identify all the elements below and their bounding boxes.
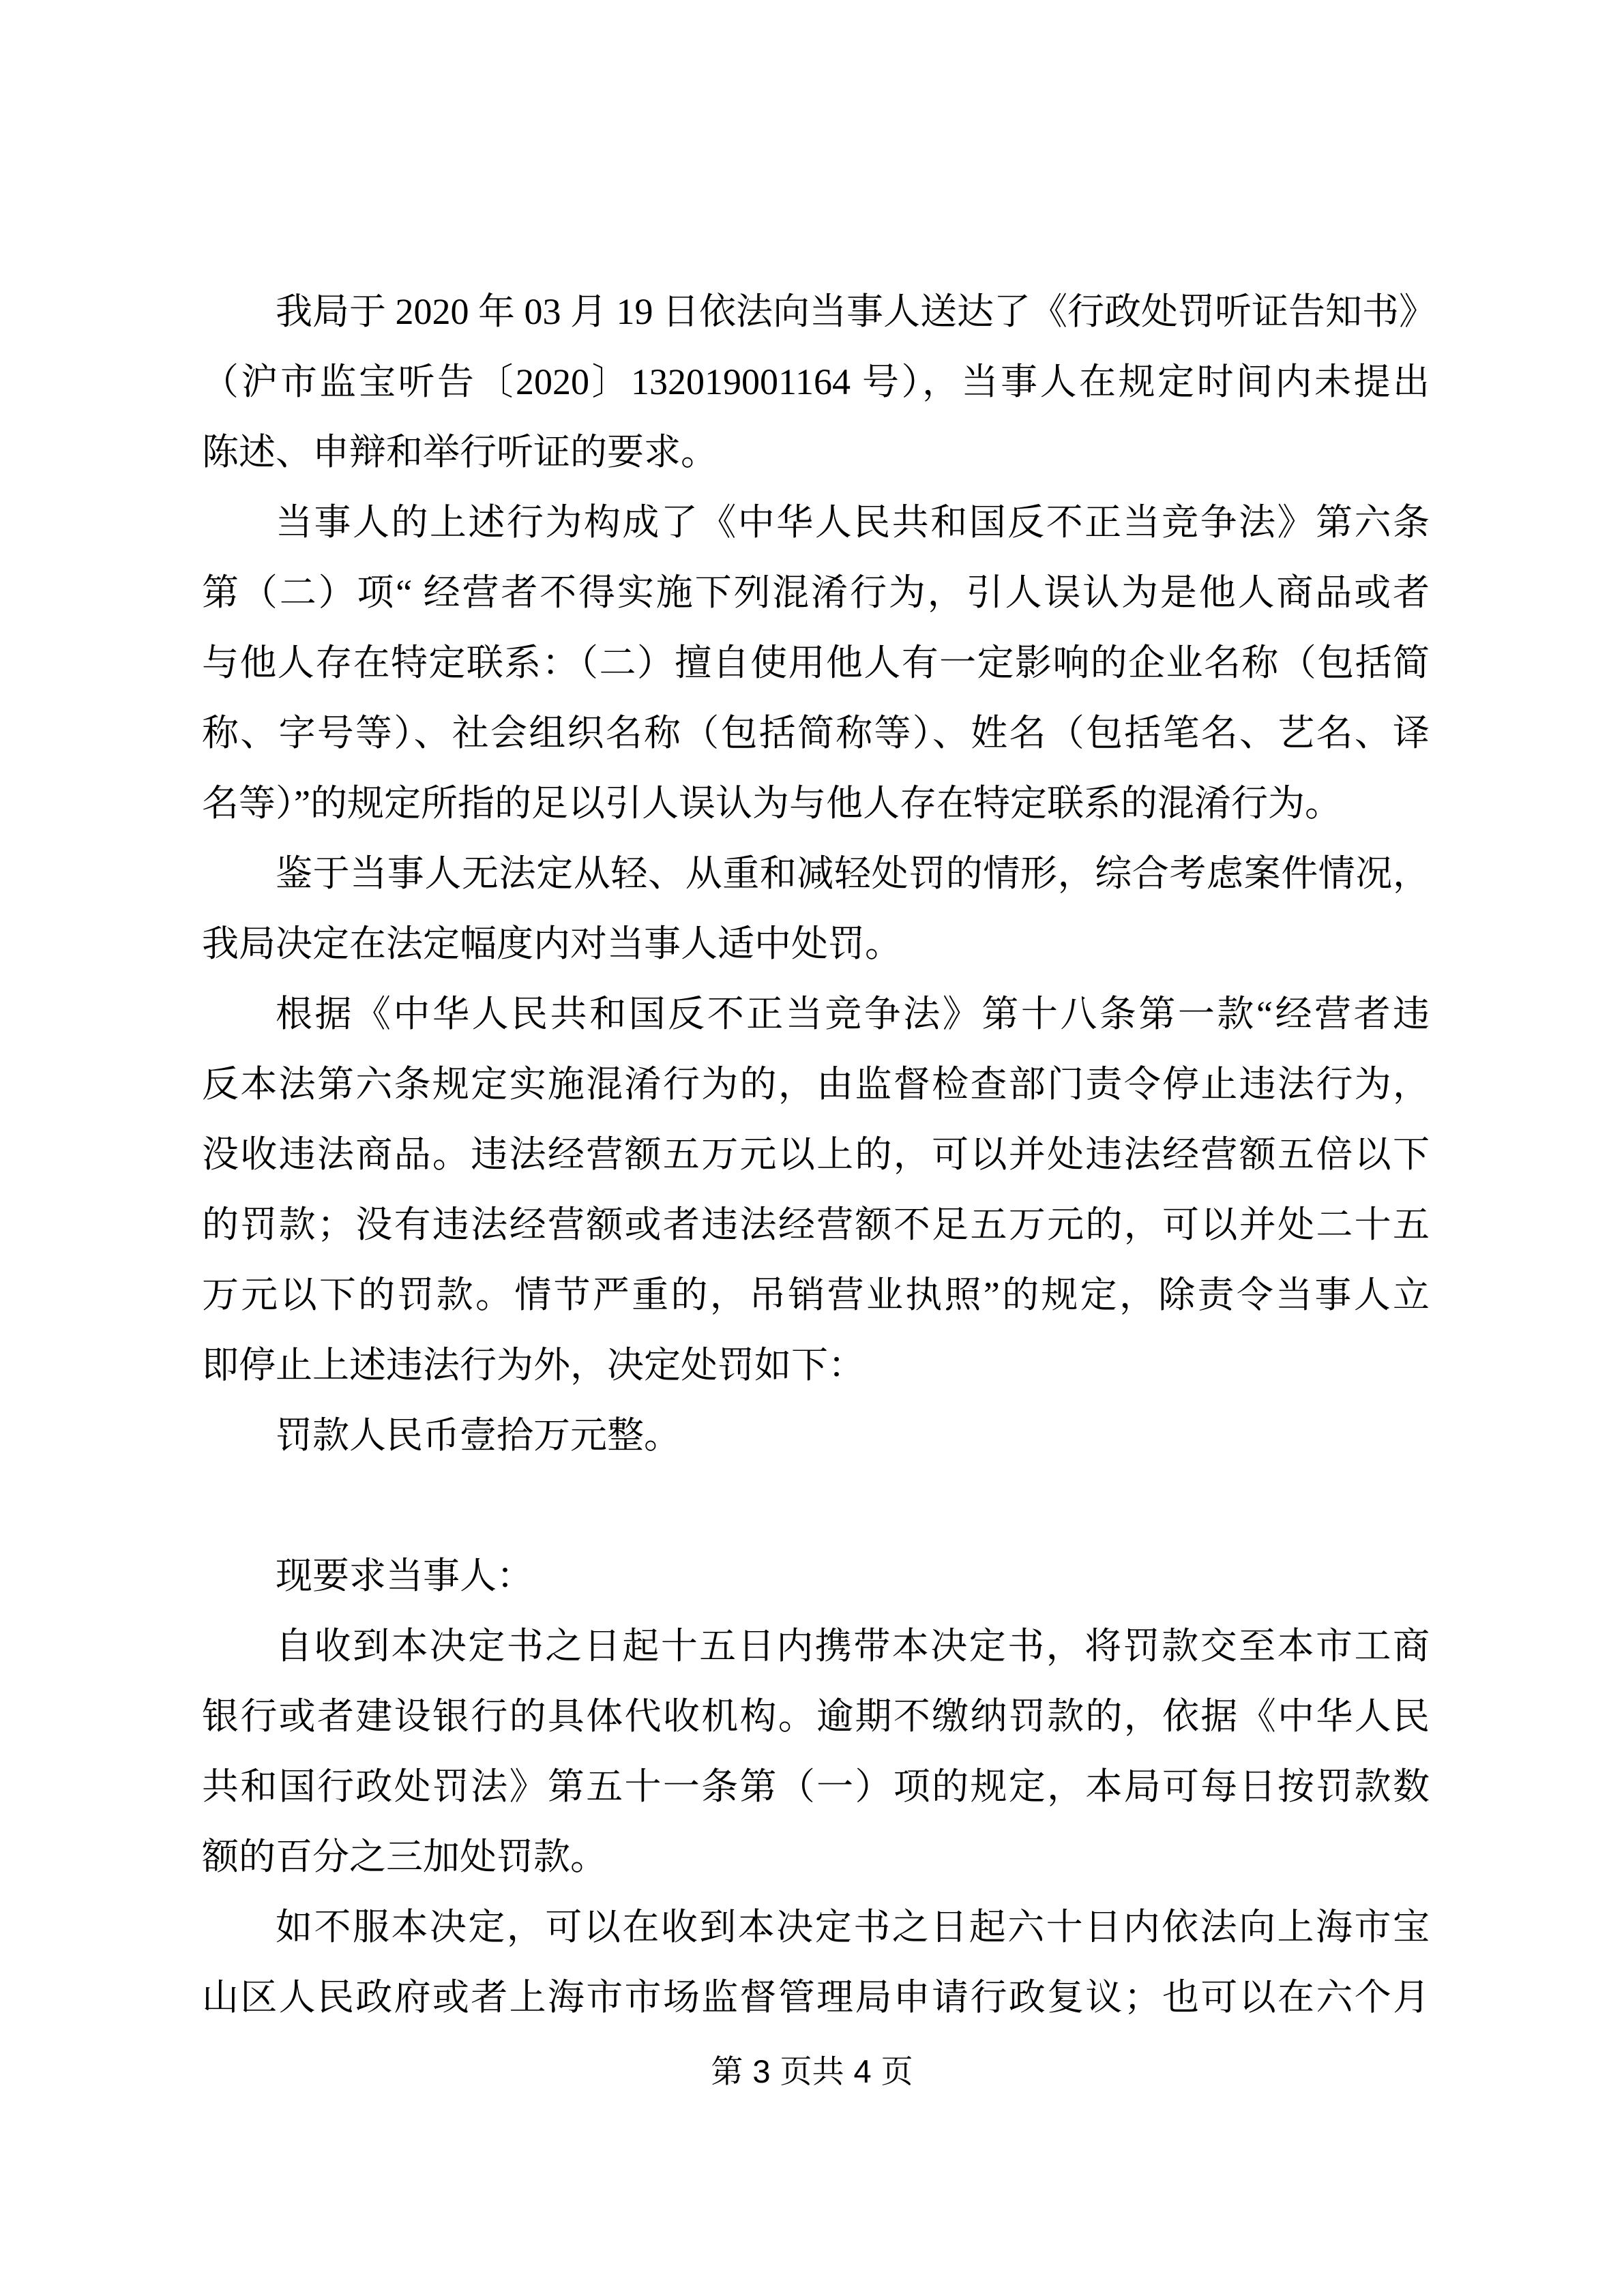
text-line: 与他人存在特定联系：（二）擅自使用他人有一定影响的企业名称（包括简: [202, 628, 1430, 698]
text-line: 的罚款；没有违法经营额或者违法经营额不足五万元的，可以并处二十五: [202, 1190, 1430, 1260]
text-line: 即停止上述违法行为外，决定处罚如下：: [202, 1330, 1430, 1401]
text-line: 山区人民政府或者上海市市场监督管理局申请行政复议；也可以在六个月: [202, 1963, 1430, 2033]
text-line: 名等）”的规定所指的足以引人误认为与他人存在特定联系的混淆行为。: [202, 769, 1430, 839]
text-line: 罚款人民币壹拾万元整。: [202, 1401, 1430, 1471]
footer-page-number: 3: [752, 2053, 770, 2089]
text-line: 额的百分之三加处罚款。: [202, 1822, 1430, 1892]
text-line: 当事人的上述行为构成了《中华人民共和国反不正当竞争法》第六条: [202, 488, 1430, 558]
blank-line: [202, 1471, 1430, 1541]
text-line: 反本法第六条规定实施混淆行为的，由监督检查部门责令停止违法行为，: [202, 1049, 1430, 1120]
document-body: 我局于 2020 年 03 月 19 日依法向当事人送达了《行政处罚听证告知书》…: [202, 277, 1430, 2033]
footer-page-count: 4: [854, 2053, 872, 2089]
text-line: 称、字号等）、社会组织名称（包括简称等）、姓名（包括笔名、艺名、译: [202, 698, 1430, 769]
text-line: 陈述、申辩和举行听证的要求。: [202, 417, 1430, 488]
text-line: 银行或者建设银行的具体代收机构。逾期不缴纳罚款的，依据《中华人民: [202, 1682, 1430, 1752]
text-line: 现要求当事人：: [202, 1541, 1430, 1611]
text-line: 万元以下的罚款。情节严重的，吊销营业执照”的规定，除责令当事人立: [202, 1260, 1430, 1330]
text-line: 我局于 2020 年 03 月 19 日依法向当事人送达了《行政处罚听证告知书》: [202, 277, 1430, 347]
document-page: 我局于 2020 年 03 月 19 日依法向当事人送达了《行政处罚听证告知书》…: [0, 0, 1624, 2296]
text-line: 共和国行政处罚法》第五十一条第（一）项的规定，本局可每日按罚款数: [202, 1752, 1430, 1822]
text-line: 第（二）项“ 经营者不得实施下列混淆行为，引人误认为是他人商品或者: [202, 558, 1430, 628]
text-line: 自收到本决定书之日起十五日内携带本决定书，将罚款交至本市工商: [202, 1611, 1430, 1682]
footer-label-suffix: 页: [881, 2055, 913, 2090]
text-line: 鉴于当事人无法定从轻、从重和减轻处罚的情形，综合考虑案件情况，: [202, 839, 1430, 909]
text-line: 根据《中华人民共和国反不正当竞争法》第十八条第一款“经营者违: [202, 979, 1430, 1049]
text-line: （沪市监宝听告〔2020〕132019001164 号），当事人在规定时间内未提…: [202, 347, 1430, 417]
footer-label-middle: 页共: [780, 2055, 844, 2090]
footer-label-prefix: 第: [711, 2055, 743, 2090]
text-line: 如不服本决定，可以在收到本决定书之日起六十日内依法向上海市宝: [202, 1892, 1430, 1963]
text-line: 我局决定在法定幅度内对当事人适中处罚。: [202, 909, 1430, 979]
text-line: 没收违法商品。违法经营额五万元以上的，可以并处违法经营额五倍以下: [202, 1120, 1430, 1190]
page-footer: 第3页共4页: [0, 2051, 1624, 2093]
